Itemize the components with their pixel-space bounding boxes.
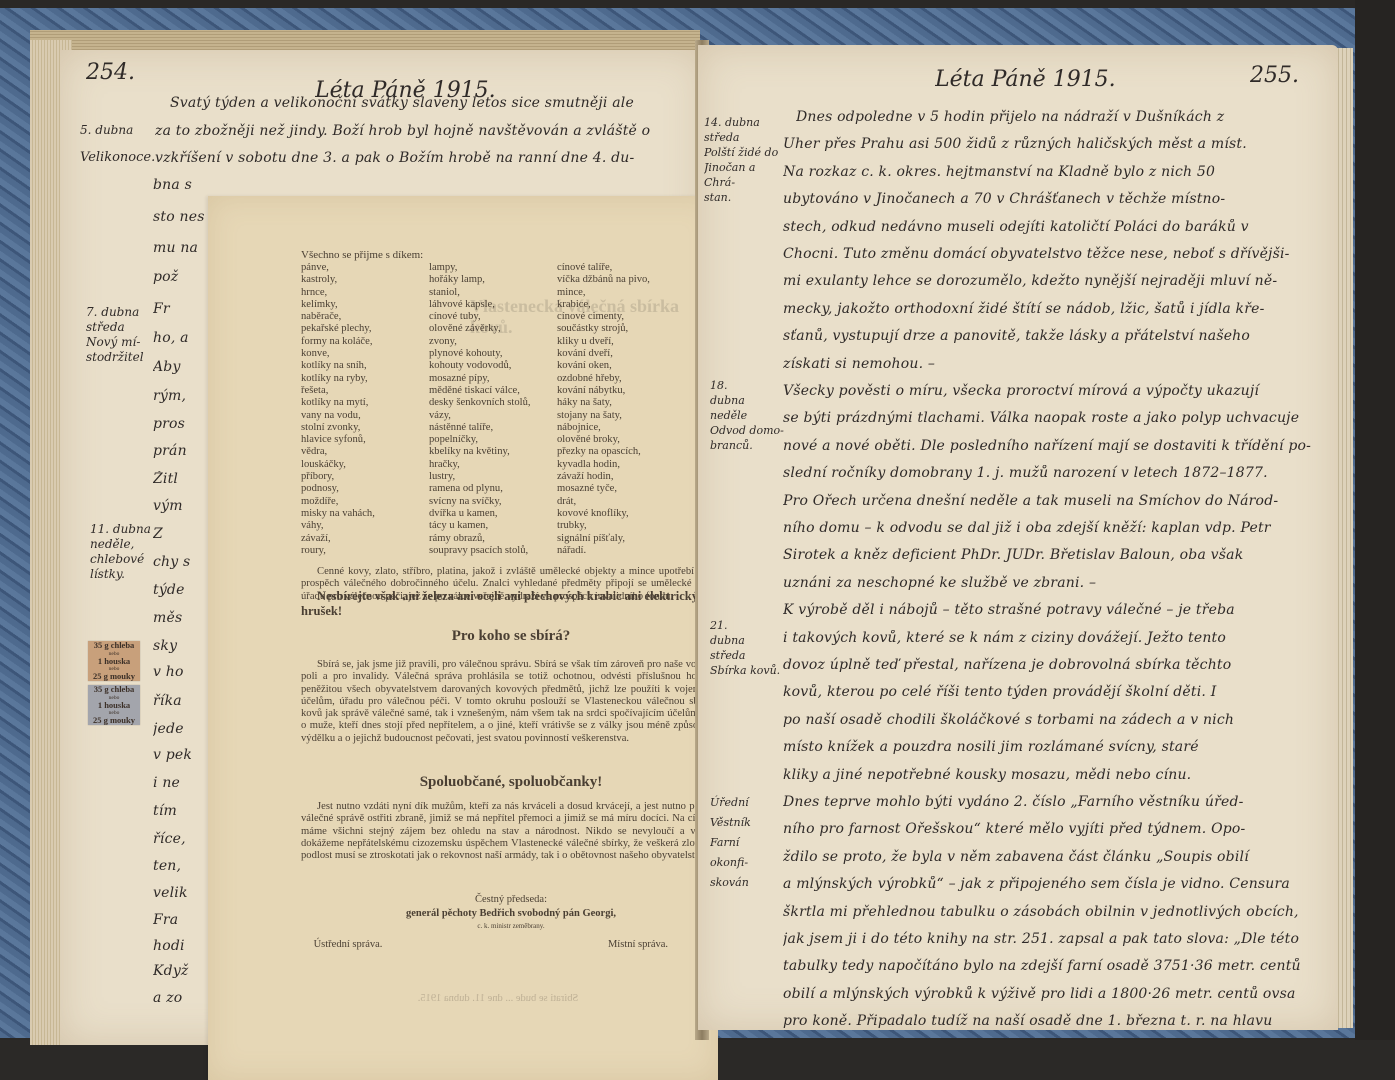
donation-item: soupravy psacích stolů, bbox=[429, 545, 557, 557]
donation-item: plynové kohouty, bbox=[429, 348, 557, 360]
items-column-3: cínové talíře,víčka džbánů na pivo,mince… bbox=[557, 262, 707, 557]
margin-note-line: Odvod domo- bbox=[710, 423, 788, 438]
donation-item: kotlíky na sníh, bbox=[301, 360, 429, 372]
handwritten-line: jak jsem ji i do této knihy na str. 251.… bbox=[783, 931, 1328, 947]
handwritten-line: uznáni za neschopné ke službě ve zbrani.… bbox=[783, 575, 1328, 591]
handwritten-line: Dnes teprve mohlo býti vydáno 2. číslo „… bbox=[783, 794, 1328, 810]
handwritten-fragment: ho, a bbox=[153, 330, 208, 346]
stamp-text: 25 g mouky bbox=[93, 671, 135, 681]
page-heading: Léta Páně 1915. bbox=[935, 67, 1116, 92]
handwritten-fragment: vým bbox=[153, 498, 208, 514]
handwritten-line: ždilo se proto, že byla v něm zabavena č… bbox=[783, 849, 1328, 865]
handwritten-fragment: bna s bbox=[153, 177, 208, 193]
donation-item: řešeta, bbox=[301, 385, 429, 397]
handwritten-fragment: sto nes bbox=[153, 209, 208, 225]
donation-item: hračky, bbox=[429, 459, 557, 471]
donation-item: kování oken, bbox=[557, 360, 707, 372]
donation-item: mince, bbox=[557, 287, 707, 299]
donation-items-list: pánve,kastroly,hrnce,kelímky,naběrače,pe… bbox=[301, 262, 707, 557]
donation-item: kování nábytku, bbox=[557, 385, 707, 397]
section-paragraph: Sbírá se, jak jsme již pravili, pro vále… bbox=[301, 659, 721, 745]
donation-item: svícny na svíčky, bbox=[429, 496, 557, 508]
page-number: 255. bbox=[1250, 63, 1299, 88]
donation-item: příbory, bbox=[301, 471, 429, 483]
handwritten-line: Pro Ořech určena dnešní neděle a tak mus… bbox=[783, 493, 1328, 509]
handwritten-line: ubytováno v Jinočanech a 70 v Chrášťanec… bbox=[783, 191, 1328, 207]
margin-note-line: Věstník bbox=[710, 813, 780, 833]
donation-item: kování dveří, bbox=[557, 348, 707, 360]
handwritten-fragment: a zo bbox=[153, 990, 208, 1006]
donation-item: tácy u kamen, bbox=[429, 520, 557, 532]
handwritten-line: Chocni. Tuto změnu domácí obyvatelstvo t… bbox=[783, 246, 1328, 262]
stamp-text: 35 g chleba bbox=[94, 684, 135, 694]
donation-item: moždíře, bbox=[301, 496, 429, 508]
donation-item: kohouty vodovodů, bbox=[429, 360, 557, 372]
margin-note-line: 21. bbox=[710, 618, 788, 633]
margin-note-line: středa bbox=[710, 648, 788, 663]
donation-item: hrnce, bbox=[301, 287, 429, 299]
handwritten-fragment: pros bbox=[153, 416, 208, 432]
handwritten-line: stech, odkud nedávno museli odejíti kato… bbox=[783, 219, 1328, 235]
handwritten-line: ního pro farnost Ořešskou“ které mělo vy… bbox=[783, 821, 1328, 837]
margin-note-line: středa bbox=[704, 130, 784, 145]
donation-item: louskáčky, bbox=[301, 459, 429, 471]
donation-item: kelímky, bbox=[301, 299, 429, 311]
margin-note-line: dubna bbox=[710, 633, 788, 648]
handwritten-fragment: v ho bbox=[153, 664, 208, 680]
margin-note-draft: 18. dubna neděle Odvod domo- branců. bbox=[710, 378, 788, 453]
donation-item: lampy, bbox=[429, 262, 557, 274]
items-column-1: pánve,kastroly,hrnce,kelímky,naběrače,pe… bbox=[301, 262, 429, 557]
handwritten-line: škrtla mi přehlednou tabulku o zásobách … bbox=[783, 904, 1328, 920]
donation-item: láhvové kapsle, bbox=[429, 299, 557, 311]
donation-item: cínové cimenty, bbox=[557, 311, 707, 323]
donation-item: podnosy, bbox=[301, 483, 429, 495]
donation-item: závaží hodin, bbox=[557, 471, 707, 483]
donation-item: desky šenkovních stolů, bbox=[429, 397, 557, 409]
handwritten-line: sťanů, vystupují drze a panovitě, takže … bbox=[783, 328, 1328, 344]
handwritten-fragment: říka bbox=[153, 693, 208, 709]
handwritten-fragment: Z bbox=[153, 526, 208, 542]
handwritten-fragment: velik bbox=[153, 885, 208, 901]
margin-note-line: Polští židé do bbox=[704, 145, 784, 160]
handwritten-fragment: mu na bbox=[153, 240, 208, 256]
handwritten-line: Dnes odpoledne v 5 hodin přijelo na nádr… bbox=[796, 109, 1341, 125]
handwritten-line: Uher přes Prahu asi 500 židů z různých h… bbox=[783, 136, 1328, 152]
page-edges-top bbox=[30, 30, 700, 52]
handwritten-fragment: Když bbox=[153, 963, 208, 979]
margin-note-line: Úřední bbox=[710, 793, 780, 813]
donation-item: kbelíky na květiny, bbox=[429, 446, 557, 458]
donation-item: trubky, bbox=[557, 520, 707, 532]
donation-item: váhy, bbox=[301, 520, 429, 532]
donation-item: naběrače, bbox=[301, 311, 429, 323]
handwritten-line: mecky, jakožto orthodoxní židé štítí se … bbox=[783, 301, 1328, 317]
honorary-chair-label: Čestný předseda: bbox=[301, 894, 721, 905]
handwritten-line: pro koně. Připadalo tudíž na naší osadě … bbox=[783, 1013, 1328, 1029]
handwritten-line: nové a nové oběti. Dle posledního naříze… bbox=[783, 438, 1328, 454]
right-page: Léta Páně 1915. 255. 14. dubna středa Po… bbox=[698, 45, 1338, 1030]
appeal-paragraph: Jest nutno vzdáti nyní dík mužům, kteří … bbox=[301, 801, 721, 862]
donation-item: měděné tiskací válce, bbox=[429, 385, 557, 397]
donation-item: hlavice syfonů, bbox=[301, 434, 429, 446]
handwritten-line: Sirotek a kněz deficient PhDr. JUDr. Bře… bbox=[783, 547, 1328, 563]
donation-item: konve, bbox=[301, 348, 429, 360]
handwritten-fragment: i ne bbox=[153, 775, 208, 791]
handwritten-fragment: Fra bbox=[153, 912, 208, 928]
donation-item: háky na šaty, bbox=[557, 397, 707, 409]
donation-item: závaží, bbox=[301, 533, 429, 545]
donation-item: olověné broky, bbox=[557, 434, 707, 446]
donation-item: krabice, bbox=[557, 299, 707, 311]
handwritten-fragment: ten, bbox=[153, 858, 208, 874]
donation-item: nábojnice, bbox=[557, 422, 707, 434]
donation-item: vany na vodu, bbox=[301, 410, 429, 422]
ration-stamp-grey: 35 g chleba nebo 1 houska nebo 25 g mouk… bbox=[88, 685, 140, 725]
handwritten-line: obilí a mlýnských výrobků k výživě pro l… bbox=[783, 986, 1328, 1002]
donation-item: nástěnné talíře, bbox=[429, 422, 557, 434]
margin-note-line: okonfi- bbox=[710, 853, 780, 873]
stamp-text: 25 g mouky bbox=[93, 715, 135, 725]
handwritten-fragment: jede bbox=[153, 721, 208, 737]
background-right bbox=[1355, 0, 1395, 1080]
donation-item: kyvadla hodin, bbox=[557, 459, 707, 471]
handwritten-line: kliky a jiné nepotřebné kousky mosazu, m… bbox=[783, 767, 1328, 783]
handwritten-fragment: hodi bbox=[153, 938, 208, 954]
honorary-chair-title: c. k. ministr zeměbrany. bbox=[301, 922, 721, 930]
handwritten-line: a mlýnských výrobků“ – jak z připojeného… bbox=[783, 876, 1328, 892]
handwritten-fragment: pož bbox=[153, 269, 208, 285]
donation-item: dvířka u kamen, bbox=[429, 508, 557, 520]
donation-item: kotlíky na ryby, bbox=[301, 373, 429, 385]
margin-note-metal-collection: 21. dubna středa Sbírka kovů. bbox=[710, 618, 788, 678]
page-number: 254. bbox=[86, 60, 135, 85]
margin-note-line: neděle bbox=[710, 408, 788, 423]
margin-note-line: dubna bbox=[710, 393, 788, 408]
handwritten-line: Na rozkaz c. k. okres. hejtmanství na Kl… bbox=[783, 164, 1328, 180]
donation-item: nářadí. bbox=[557, 545, 707, 557]
donation-item: drát, bbox=[557, 496, 707, 508]
stamp-text: 35 g chleba bbox=[94, 640, 135, 650]
donation-item: staniol, bbox=[429, 287, 557, 299]
handwritten-fragment: sky bbox=[153, 638, 208, 654]
donation-item: vázy, bbox=[429, 410, 557, 422]
margin-note-line: skován bbox=[710, 873, 780, 893]
margin-note-line: Farní bbox=[710, 833, 780, 853]
handwritten-line: K výrobě děl i nábojů – těto strašné pot… bbox=[783, 602, 1328, 618]
donation-item: stolní zvonky, bbox=[301, 422, 429, 434]
donation-item: ramena od plynu, bbox=[429, 483, 557, 495]
handwritten-line: dovoz úplně teď přestal, nařízena je dob… bbox=[783, 657, 1328, 673]
handwritten-line: ního domu – k odvodu se dal již i oba zd… bbox=[783, 520, 1328, 536]
margin-note-bulletin: Úřední Věstník Farní okonfi- skován bbox=[710, 793, 780, 893]
donation-item: kovové knoflíky, bbox=[557, 508, 707, 520]
handwritten-line: získati si nemohou. – bbox=[783, 356, 1328, 372]
handwritten-line: se býti prázdnými tlachami. Válka naopak… bbox=[783, 410, 1328, 426]
handwritten-fragment: rým, bbox=[153, 388, 208, 404]
donation-item: vědra, bbox=[301, 446, 429, 458]
donation-item: víčka džbánů na pivo, bbox=[557, 274, 707, 286]
handwritten-fragment: Fr bbox=[153, 301, 208, 317]
warning-text: Nesbírejte však ani železa ani oceli ani… bbox=[301, 589, 721, 619]
items-column-2: lampy,hořáky lamp,staniol,láhvové kapsle… bbox=[429, 262, 557, 557]
margin-note-line: stan. bbox=[704, 190, 784, 205]
handwritten-line: Všecky pověsti o míru, všecka proroctví … bbox=[783, 383, 1328, 399]
leaflet-intro: Všechno se přijme s díkem: bbox=[301, 249, 423, 261]
donation-item: signální píšťaly, bbox=[557, 533, 707, 545]
handwritten-line: slední ročníky domobrany 1. j. mužů naro… bbox=[783, 465, 1328, 481]
handwritten-line: po naší osadě chodili školáčkové s torba… bbox=[783, 712, 1328, 728]
margin-note-line: branců. bbox=[710, 438, 788, 453]
honorary-chair-name: generál pěchoty Bedřich svobodný pán Geo… bbox=[301, 908, 721, 919]
handwritten-fragment: měs bbox=[153, 610, 208, 626]
handwritten-line: místo knížek a pouzdra nosili jim rozlám… bbox=[783, 739, 1328, 755]
pasted-leaflet: Vlastenecká válečná sbírka kovů. Všechno… bbox=[208, 196, 718, 1080]
handwritten-fragment: týde bbox=[153, 582, 208, 598]
handwritten-line: mi exulanty lehce se dorozumělo, kdežto … bbox=[783, 273, 1328, 289]
margin-note-line: 18. bbox=[710, 378, 788, 393]
local-admin-signature: Místní správa. bbox=[558, 939, 718, 950]
donation-item: hořáky lamp, bbox=[429, 274, 557, 286]
bleed-through-date: Sbírati se bude ... dne 11. dubna 1915. bbox=[348, 993, 648, 1004]
margin-note-line: 14. dubna bbox=[704, 115, 784, 130]
donation-item: cínové tuby, bbox=[429, 311, 557, 323]
donation-item: kotlíky na mytí, bbox=[301, 397, 429, 409]
handwritten-fragment: tím bbox=[153, 803, 208, 819]
handwritten-fragment: říce, bbox=[153, 831, 208, 847]
handwritten-fragment: chy s bbox=[153, 554, 208, 570]
donation-item: součástky strojů, bbox=[557, 323, 707, 335]
handwritten-line: vzkříšení v sobotu dne 3. a pak o Božím … bbox=[155, 150, 700, 166]
donation-item: misky na vahách, bbox=[301, 508, 429, 520]
handwritten-line: za to zbožněji než jindy. Boží hrob byl … bbox=[155, 123, 700, 139]
margin-note-line: Jinočan a Chrá- bbox=[704, 160, 784, 190]
donation-item: olověné závěrky, bbox=[429, 323, 557, 335]
donation-item: cínové talíře, bbox=[557, 262, 707, 274]
handwritten-fragment: prán bbox=[153, 443, 208, 459]
donation-item: roury, bbox=[301, 545, 429, 557]
donation-item: rámy obrazů, bbox=[429, 533, 557, 545]
appeal-title: Spoluobčané, spoluobčanky! bbox=[301, 774, 721, 791]
donation-item: pekařské plechy, bbox=[301, 323, 429, 335]
handwritten-line: kovů, kterou po celé říši tento týden pr… bbox=[783, 684, 1328, 700]
donation-item: mosazné tyče, bbox=[557, 483, 707, 495]
section-title: Pro koho se sbírá? bbox=[301, 628, 721, 645]
handwritten-fragment: Aby bbox=[153, 359, 208, 375]
ration-stamp-brown: 35 g chleba nebo 1 houska nebo 25 g mouk… bbox=[88, 641, 140, 681]
stamp-text: 1 houska bbox=[98, 656, 130, 666]
handwritten-line: Svatý týden a velikonoční svátky slaveny… bbox=[170, 95, 700, 111]
stamp-text: 1 houska bbox=[98, 700, 130, 710]
donation-item: lustry, bbox=[429, 471, 557, 483]
donation-item: formy na koláče, bbox=[301, 336, 429, 348]
margin-note-jews: 14. dubna středa Polští židé do Jinočan … bbox=[704, 115, 784, 205]
handwritten-fragment: v pek bbox=[153, 747, 208, 763]
donation-item: zvony, bbox=[429, 336, 557, 348]
donation-item: pánve, bbox=[301, 262, 429, 274]
donation-item: stojany na šaty, bbox=[557, 410, 707, 422]
margin-note-line: Sbírka kovů. bbox=[710, 663, 788, 678]
handwritten-line: tabulky tedy napočítáno bylo na zdejší f… bbox=[783, 958, 1328, 974]
donation-item: ozdobné hřeby, bbox=[557, 373, 707, 385]
donation-item: kastroly, bbox=[301, 274, 429, 286]
donation-item: přezky na opascích, bbox=[557, 446, 707, 458]
handwritten-fragment: Žitl bbox=[153, 471, 208, 487]
donation-item: mosazné pípy, bbox=[429, 373, 557, 385]
donation-item: kliky u dveří, bbox=[557, 336, 707, 348]
donation-item: popelníčky, bbox=[429, 434, 557, 446]
handwritten-line: i takových kovů, které se k nám z ciziny… bbox=[783, 630, 1328, 646]
central-admin-signature: Ústřední správa. bbox=[268, 939, 428, 950]
